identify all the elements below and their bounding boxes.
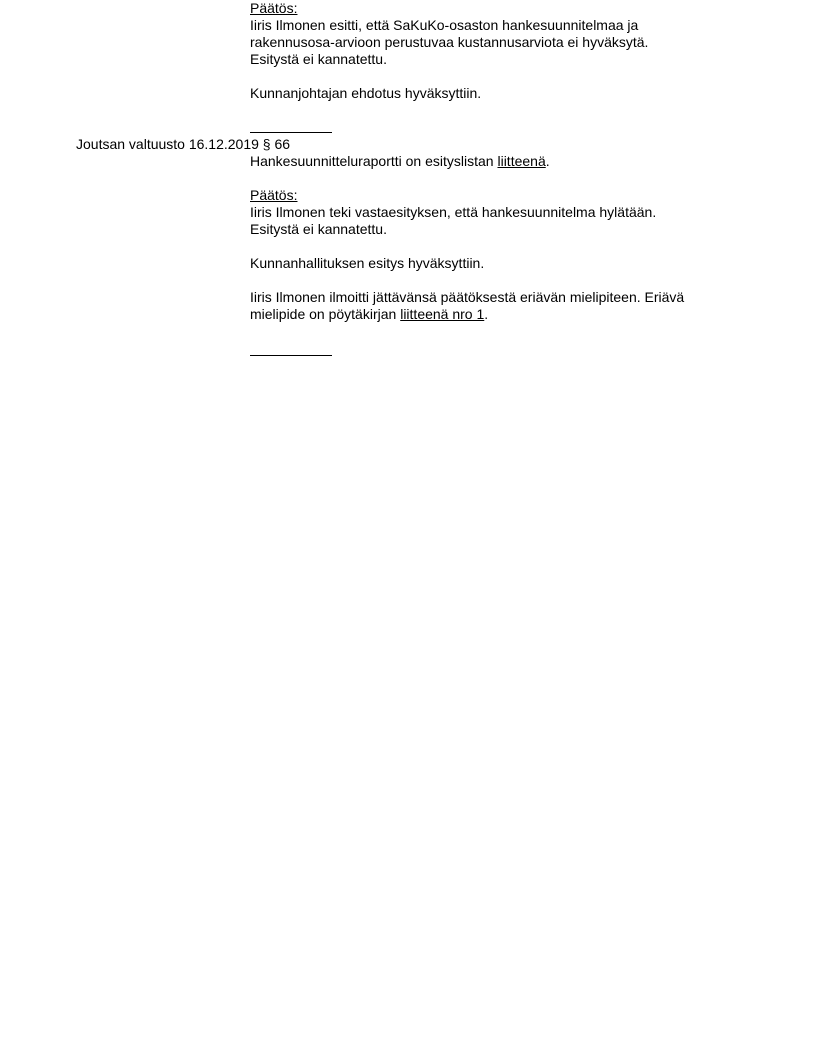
dissent-line: mielipide on pöytäkirjan liitteenä nro 1… [250, 306, 720, 323]
blank-line [250, 272, 720, 289]
meeting-label: Joutsan valtuusto 16.12.2019 § 66 [76, 136, 290, 153]
intro-end: . [546, 153, 550, 169]
decision-text-line: Iiris Ilmonen esitti, että SaKuKo-osasto… [250, 17, 720, 34]
decision-heading: Päätös: [250, 187, 720, 204]
decision-result: Kunnanhallituksen esitys hyväksyttiin. [250, 255, 720, 272]
section-1: Päätös: Iiris Ilmonen esitti, että SaKuK… [250, 0, 720, 102]
dissent-text: mielipide on pöytäkirjan [250, 306, 400, 322]
decision-text-line: Esitystä ei kannatettu. [250, 221, 720, 238]
dissent-attachment-link[interactable]: liitteenä nro 1 [400, 306, 484, 322]
blank-line [250, 238, 720, 255]
separator-line [250, 132, 332, 133]
attachment-link[interactable]: liitteenä [497, 153, 545, 169]
decision-text-line: Iiris Ilmonen teki vastaesityksen, että … [250, 204, 720, 221]
blank-line [250, 170, 720, 187]
intro-line: Hankesuunnitteluraportti on esityslistan… [250, 153, 720, 170]
separator-line [250, 355, 332, 356]
decision-text-line: Esitystä ei kannatettu. [250, 51, 720, 68]
dissent-end: . [484, 306, 488, 322]
section-2: Hankesuunnitteluraportti on esityslistan… [250, 153, 720, 323]
decision-result: Kunnanjohtajan ehdotus hyväksyttiin. [250, 85, 720, 102]
blank-line [250, 68, 720, 85]
decision-text-line: rakennusosa-arvioon perustuvaa kustannus… [250, 34, 720, 51]
dissent-line: Iiris Ilmonen ilmoitti jättävänsä päätök… [250, 289, 720, 306]
intro-text: Hankesuunnitteluraportti on esityslistan [250, 153, 497, 169]
decision-heading: Päätös: [250, 0, 720, 17]
